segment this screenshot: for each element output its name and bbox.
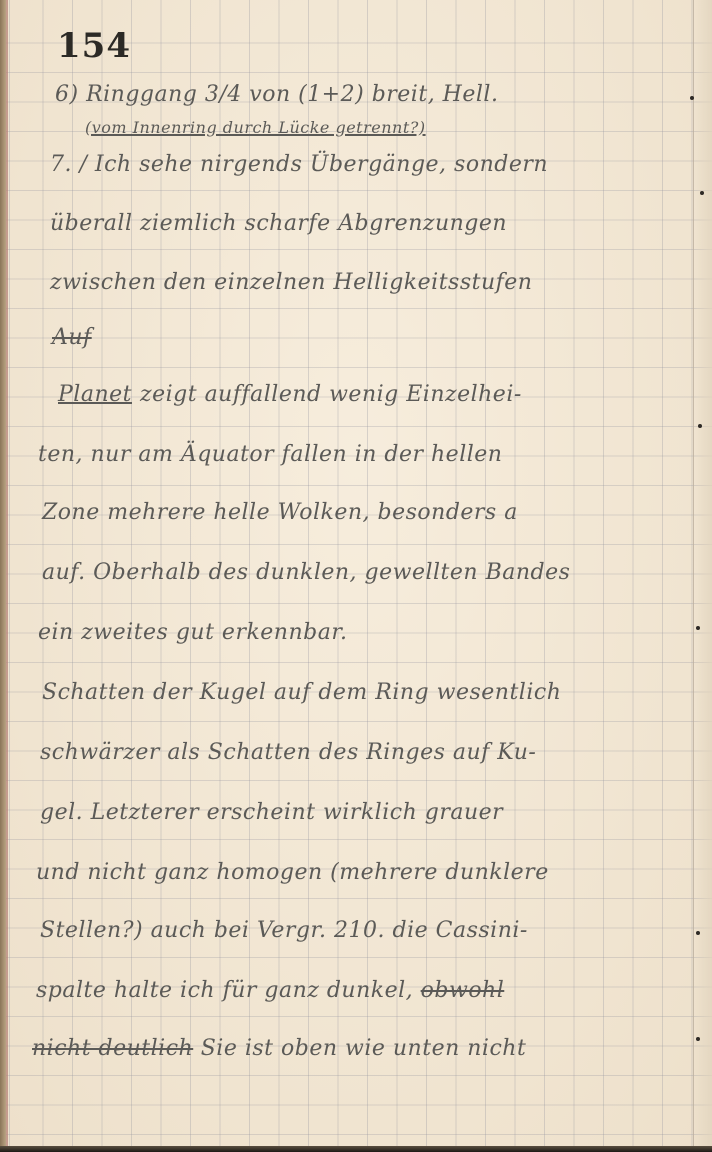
planet-line: Zone mehrere helle Wolken, besonders a xyxy=(42,500,518,525)
page-right-edge xyxy=(693,0,712,1146)
planet-line: auf. Oberhalb des dunklen, gewellten Ban… xyxy=(42,560,570,585)
shadow-line-text: Sie ist oben wie unten nicht xyxy=(201,1036,527,1061)
shadow-line: nicht deutlich Sie ist oben wie unten ni… xyxy=(32,1036,526,1061)
punch-mark xyxy=(696,626,700,630)
shadow-line: Stellen?) auch bei Vergr. 210. die Cassi… xyxy=(40,918,528,943)
shadow-line: gel. Letzterer erscheint wirklich grauer xyxy=(40,800,503,825)
punch-mark xyxy=(700,191,704,195)
shadow-line: schwärzer als Schatten des Ringes auf Ku… xyxy=(40,740,536,765)
item7-line: überall ziemlich scharfe Abgrenzungen xyxy=(50,211,507,236)
shadow-line: und nicht ganz homogen (mehrere dunklere xyxy=(36,860,549,885)
red-margin-line xyxy=(6,0,8,1146)
planet-line-rest: zeigt auffallend wenig Einzelhei- xyxy=(140,382,522,407)
notebook-page: 154 6) Ringgang 3/4 von (1+2) breit, Hel… xyxy=(0,0,712,1146)
punch-mark xyxy=(698,424,702,428)
punch-mark xyxy=(696,1037,700,1041)
page-number: 154 xyxy=(57,26,131,66)
page-bottom-shadow xyxy=(0,1146,712,1152)
shadow-line: Schatten der Kugel auf dem Ring wesentli… xyxy=(42,680,561,705)
punch-mark xyxy=(696,931,700,935)
item6-line: 6) Ringgang 3/4 von (1+2) breit, Hell. xyxy=(55,82,498,107)
shadow-line-text: spalte halte ich für ganz dunkel, xyxy=(36,978,413,1003)
struck-phrase: nicht deutlich xyxy=(32,1036,193,1061)
item6-note: (vom Innenring durch Lücke getrennt?) xyxy=(85,118,426,137)
planet-line: ein zweites gut erkennbar. xyxy=(38,620,347,645)
shadow-line: spalte halte ich für ganz dunkel, obwohl xyxy=(36,978,504,1003)
struck-word: Auf xyxy=(52,325,92,350)
planet-line: ten, nur am Äquator fallen in der hellen xyxy=(38,442,502,467)
item7-line: 7. / Ich sehe nirgends Übergänge, sonder… xyxy=(50,152,548,177)
struck-word: obwohl xyxy=(421,978,505,1003)
punch-mark xyxy=(690,96,694,100)
item7-line: zwischen den einzelnen Helligkeitsstufen xyxy=(50,270,532,295)
